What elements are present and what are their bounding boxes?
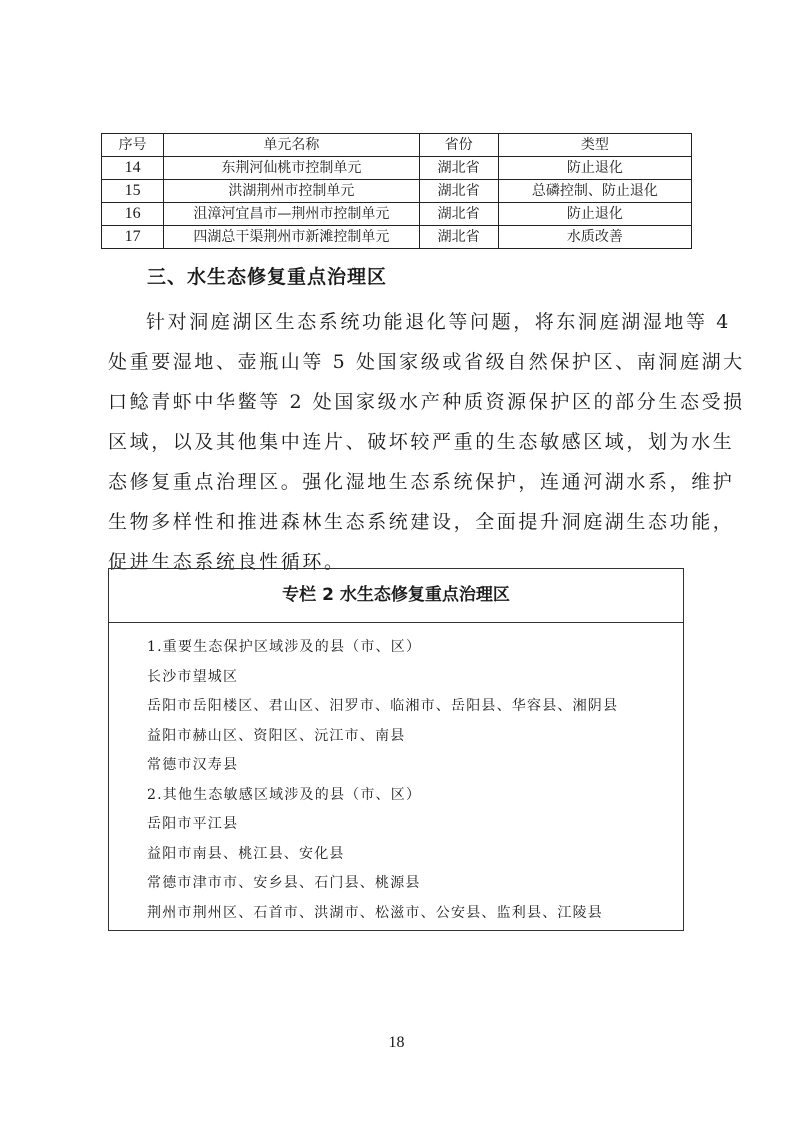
paragraph-line: 处重要湿地、壶瓶山等 5 处国家级或省级自然保护区、南洞庭湖大 [108, 342, 688, 382]
box-list-item: 荆州市荆州区、石首市、洪湖市、松滋市、公安县、监利县、江陵县 [147, 899, 683, 929]
table-row: 17 四湖总干渠荆州市新滩控制单元 湖北省 水质改善 [102, 226, 692, 249]
document-page: 序号 单元名称 省份 类型 14 东荆河仙桃市控制单元 湖北省 防止退化 15 … [0, 0, 793, 1122]
box-title: 专栏 2 水生态修复重点治理区 [109, 569, 683, 623]
paragraph-line: 生物多样性和推进森林生态系统建设，全面提升洞庭湖生态功能， [108, 502, 688, 542]
box-list-item: 常德市津市市、安乡县、石门县、桃源县 [147, 869, 683, 899]
table-header-row: 序号 单元名称 省份 类型 [102, 134, 692, 157]
box-list-item: 益阳市赫山区、资阳区、沅江市、南县 [147, 722, 683, 752]
cell-type: 防止退化 [498, 203, 691, 226]
table-row: 14 东荆河仙桃市控制单元 湖北省 防止退化 [102, 157, 692, 180]
cell-type: 防止退化 [498, 157, 691, 180]
page-number: 18 [0, 1034, 793, 1052]
control-unit-table: 序号 单元名称 省份 类型 14 东荆河仙桃市控制单元 湖北省 防止退化 15 … [101, 133, 692, 249]
cell-no: 14 [102, 157, 164, 180]
box-subheading: 1.重要生态保护区域涉及的县（市、区） [147, 633, 683, 663]
table-row: 16 沮漳河宜昌市—荆州市控制单元 湖北省 防止退化 [102, 203, 692, 226]
section-heading: 三、水生态修复重点治理区 [147, 262, 387, 289]
box-list-item: 长沙市望城区 [147, 663, 683, 693]
paragraph-line: 口鲶青虾中华鳖等 2 处国家级水产种质资源保护区的部分生态受损 [108, 382, 688, 422]
cell-province: 湖北省 [419, 180, 498, 203]
box-list-item: 益阳市南县、桃江县、安化县 [147, 840, 683, 870]
header-no: 序号 [102, 134, 164, 157]
header-type: 类型 [498, 134, 691, 157]
cell-no: 16 [102, 203, 164, 226]
box-list-item: 岳阳市岳阳楼区、君山区、汨罗市、临湘市、岳阳县、华容县、湘阴县 [147, 692, 683, 722]
box-list-item: 常德市汉寿县 [147, 751, 683, 781]
cell-province: 湖北省 [419, 203, 498, 226]
paragraph-line: 区域，以及其他集中连片、破坏较严重的生态敏感区域，划为水生 [108, 422, 688, 462]
paragraph-line: 态修复重点治理区。强化湿地生态系统保护，连通河湖水系，维护 [108, 462, 688, 502]
header-province: 省份 [419, 134, 498, 157]
body-paragraph: 针对洞庭湖区生态系统功能退化等问题，将东洞庭湖湿地等 4 处重要湿地、壶瓶山等 … [108, 302, 688, 582]
header-unit-name: 单元名称 [164, 134, 419, 157]
cell-province: 湖北省 [419, 226, 498, 249]
cell-type: 总磷控制、防止退化 [498, 180, 691, 203]
column-box: 专栏 2 水生态修复重点治理区 1.重要生态保护区域涉及的县（市、区） 长沙市望… [108, 568, 684, 931]
cell-unit-name: 洪湖荆州市控制单元 [164, 180, 419, 203]
cell-no: 15 [102, 180, 164, 203]
cell-unit-name: 沮漳河宜昌市—荆州市控制单元 [164, 203, 419, 226]
box-body: 1.重要生态保护区域涉及的县（市、区） 长沙市望城区 岳阳市岳阳楼区、君山区、汨… [109, 623, 683, 928]
table-row: 15 洪湖荆州市控制单元 湖北省 总磷控制、防止退化 [102, 180, 692, 203]
cell-province: 湖北省 [419, 157, 498, 180]
cell-no: 17 [102, 226, 164, 249]
cell-unit-name: 四湖总干渠荆州市新滩控制单元 [164, 226, 419, 249]
cell-unit-name: 东荆河仙桃市控制单元 [164, 157, 419, 180]
cell-type: 水质改善 [498, 226, 691, 249]
paragraph-line: 针对洞庭湖区生态系统功能退化等问题，将东洞庭湖湿地等 4 [108, 302, 688, 342]
box-list-item: 岳阳市平江县 [147, 810, 683, 840]
box-subheading: 2.其他生态敏感区域涉及的县（市、区） [147, 781, 683, 811]
